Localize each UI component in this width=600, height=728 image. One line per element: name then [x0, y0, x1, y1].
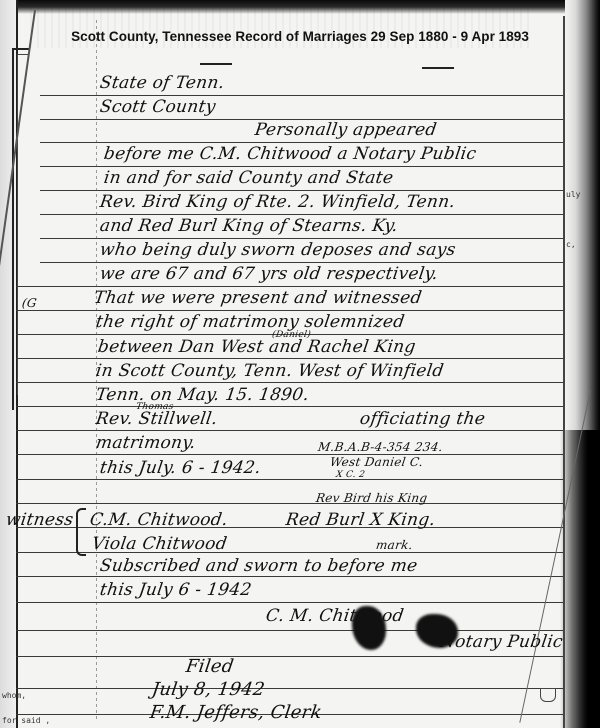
margin-note-right-second: c, [566, 240, 576, 249]
binding-shadow-lower [560, 430, 600, 728]
ruled-line [16, 503, 564, 504]
ruled-line [16, 406, 564, 407]
signature-red-burl-king: Red Burl X King. [285, 510, 437, 530]
ruled-line [40, 190, 564, 191]
line-between: between Dan West and Rachel King [97, 337, 417, 357]
margin-note-left: (G [21, 296, 38, 310]
note-xc2: X C. 2 [335, 470, 365, 480]
note-west-daniel: West Daniel C. [329, 455, 424, 469]
ruled-line [16, 286, 564, 287]
filed-label: Filed [185, 656, 236, 677]
line-county: Scott County [99, 97, 217, 117]
ruled-line [40, 214, 564, 215]
ruled-line [16, 358, 564, 359]
witness-cm-chitwood: C.M. Chitwood. [89, 510, 230, 530]
ruled-line [16, 656, 564, 657]
ruled-line [16, 454, 564, 455]
record-reference: M.B.A.B-4-354 234. [317, 440, 444, 454]
ruled-line [40, 262, 564, 263]
jurat-line-2: this July 6 - 1942 [99, 580, 253, 600]
ruled-line [16, 576, 564, 577]
ruled-line [40, 238, 564, 239]
witness-viola-chitwood: Viola Chitwood [91, 534, 229, 554]
ruled-line [16, 430, 564, 431]
line-matrimony-end: matrimony. [95, 433, 198, 453]
ruled-line [40, 166, 564, 167]
stray-mark [422, 67, 454, 69]
line-notary: before me C.M. Chitwood a Notary Public [103, 144, 478, 164]
line-rev-stillwell: Rev. Stillwell. [95, 409, 219, 429]
line-witnessed: That we were present and witnessed [93, 288, 424, 308]
stray-mark [200, 63, 232, 65]
witness-label: witness [5, 510, 75, 530]
line-ages: we are 67 and 67 yrs old respectively. [99, 264, 440, 284]
ruled-line [16, 630, 564, 631]
ruled-line [40, 142, 564, 143]
document-page: Scott County, Tennessee Record of Marria… [0, 0, 600, 728]
witness-brace [76, 508, 86, 556]
line-rev-bird-king: Rev. Bird King of Rte. 2. Winfield, Tenn… [99, 192, 457, 212]
line-matrimony: the right of matrimony solemnized [95, 312, 406, 332]
line-red-burl-king: and Red Burl King of Stearns. Ky. [99, 216, 400, 236]
line-location: in Scott County, Tenn. West of Winfield [95, 361, 445, 381]
line-this-july: this July. 6 - 1942. [99, 458, 263, 478]
ruled-line [16, 310, 564, 311]
line-state: State of Tenn. [99, 73, 226, 93]
ruled-line [16, 602, 564, 603]
notary-title: Notary Public [439, 632, 565, 652]
margin-note-right-top: uly [566, 190, 580, 199]
line-county-state: in and for said County and State [103, 168, 395, 188]
clerk-signature: F.M. Jeffers, Clerk [149, 702, 324, 723]
filed-date: July 8, 1942 [151, 679, 267, 700]
margin-note-left-bottom-1: whom, [2, 691, 26, 700]
right-margin-rule [563, 16, 565, 728]
signature-rev-bird-king: Rev Bird his King [315, 491, 428, 505]
jurat-line-1: Subscribed and sworn to before me [99, 556, 419, 576]
ruled-line [40, 95, 564, 96]
mark-label: mark. [375, 538, 414, 552]
line-officiating: officiating the [359, 409, 487, 429]
ruled-line [16, 479, 564, 480]
margin-note-left-bottom-2: for said , [2, 716, 50, 725]
ruled-line [16, 382, 564, 383]
stamp-mark [540, 688, 556, 702]
line-date: Tenn. on May. 15. 1890. [95, 385, 311, 405]
line-sworn: who being duly sworn deposes and says [99, 240, 457, 260]
line-personally-appeared: Personally appeared [254, 120, 438, 140]
ink-blot [352, 606, 386, 650]
document-title: Scott County, Tennessee Record of Marria… [0, 29, 600, 44]
ruled-line [16, 688, 564, 689]
